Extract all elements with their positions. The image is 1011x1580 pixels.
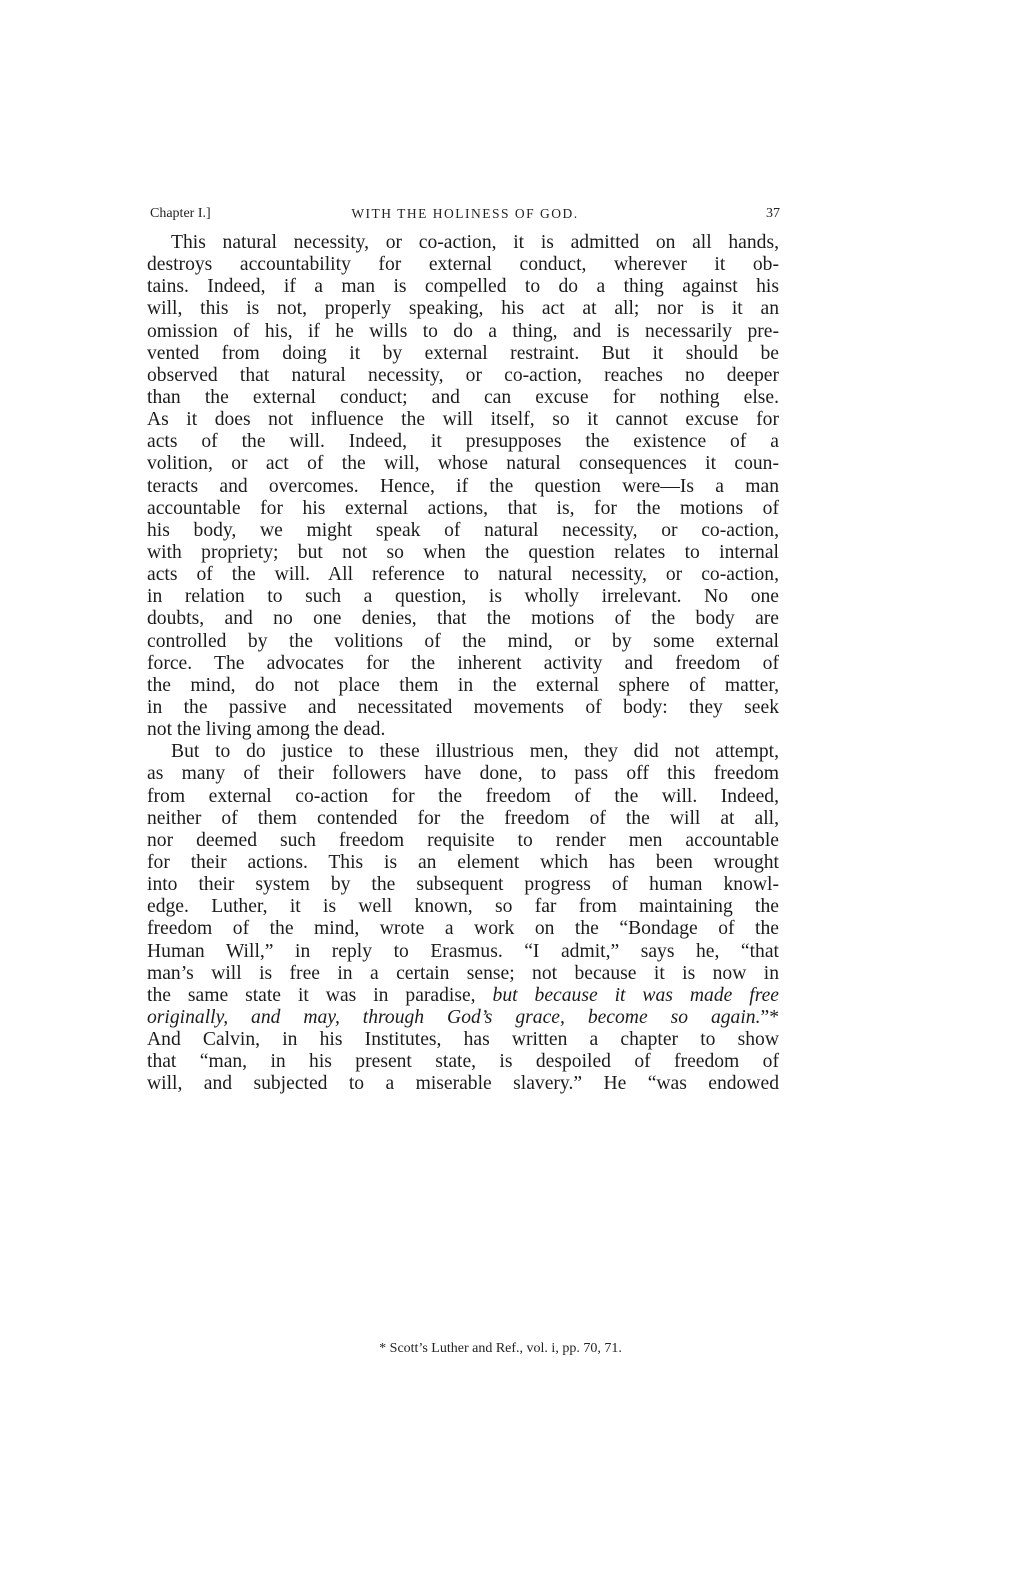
text-line-mixed: originally, and may, through God’s grace… — [147, 1007, 779, 1029]
text-line: acts of the will. All reference to natur… — [147, 564, 779, 586]
text-line: with propriety; but not so when the ques… — [147, 542, 779, 564]
text-line: tains. Indeed, if a man is compelled to … — [147, 276, 779, 298]
text-line: teracts and overcomes. Hence, if the que… — [147, 476, 779, 498]
running-head: Chapter I.] WITH THE HOLINESS OF GOD. 37 — [150, 206, 780, 228]
body-text: This natural necessity, or co-action, it… — [147, 232, 779, 1095]
italic-quote: but because it was made free — [493, 985, 779, 1006]
roman-text: the same state it was in paradise, — [147, 985, 493, 1006]
text-line: for their actions. This is an element wh… — [147, 852, 779, 874]
text-line: man’s will is free in a certain sense; n… — [147, 963, 779, 985]
footnote: * Scott’s Luther and Ref., vol. i, pp. 7… — [0, 1341, 1011, 1357]
text-line-mixed: the same state it was in paradise, but b… — [147, 985, 779, 1007]
text-line: his body, we might speak of natural nece… — [147, 520, 779, 542]
italic-quote: originally, and may, through God’s grace… — [147, 1007, 761, 1028]
text-line: accountable for his external actions, th… — [147, 498, 779, 520]
text-line: not the living among the dead. — [147, 719, 779, 741]
text-line: Human Will,” in reply to Erasmus. “I adm… — [147, 941, 779, 963]
text-line: omission of his, if he wills to do a thi… — [147, 321, 779, 343]
text-line: than the external conduct; and can excus… — [147, 387, 779, 409]
text-line: edge. Luther, it is well known, so far f… — [147, 896, 779, 918]
text-line: will, and subjected to a miserable slave… — [147, 1073, 779, 1095]
book-page: Chapter I.] WITH THE HOLINESS OF GOD. 37… — [0, 0, 1011, 1580]
text-line: from external co-action for the freedom … — [147, 786, 779, 808]
text-line: But to do justice to these illustrious m… — [147, 741, 779, 763]
footnote-text: * Scott’s Luther and Ref., vol. i, pp. 7… — [379, 1341, 622, 1357]
text-line: into their system by the subsequent prog… — [147, 874, 779, 896]
running-title: WITH THE HOLINESS OF GOD. — [150, 206, 780, 222]
text-line: the mind, do not place them in the exter… — [147, 675, 779, 697]
text-line: As it does not influence the will itself… — [147, 409, 779, 431]
text-line: And Calvin, in his Institutes, has writt… — [147, 1029, 779, 1051]
text-line: vented from doing it by external restrai… — [147, 343, 779, 365]
text-line: neither of them contended for the freedo… — [147, 808, 779, 830]
text-line: acts of the will. Indeed, it presupposes… — [147, 431, 779, 453]
text-line: that “man, in his present state, is desp… — [147, 1051, 779, 1073]
text-line: nor deemed such freedom requisite to ren… — [147, 830, 779, 852]
text-line: controlled by the volitions of the mind,… — [147, 631, 779, 653]
text-line: force. The advocates for the inherent ac… — [147, 653, 779, 675]
text-line: volition, or act of the will, whose natu… — [147, 453, 779, 475]
footnote-marker: ”* — [761, 1007, 780, 1028]
text-line: will, this is not, properly speaking, hi… — [147, 298, 779, 320]
text-line: destroys accountability for external con… — [147, 254, 779, 276]
text-line: doubts, and no one denies, that the moti… — [147, 608, 779, 630]
text-line: in the passive and necessitated movement… — [147, 697, 779, 719]
text-line: freedom of the mind, wrote a work on the… — [147, 918, 779, 940]
page-number: 37 — [766, 206, 780, 222]
text-line: observed that natural necessity, or co-a… — [147, 365, 779, 387]
text-line: in relation to such a question, is wholl… — [147, 586, 779, 608]
text-line: This natural necessity, or co-action, it… — [147, 232, 779, 254]
text-line: as many of their followers have done, to… — [147, 763, 779, 785]
